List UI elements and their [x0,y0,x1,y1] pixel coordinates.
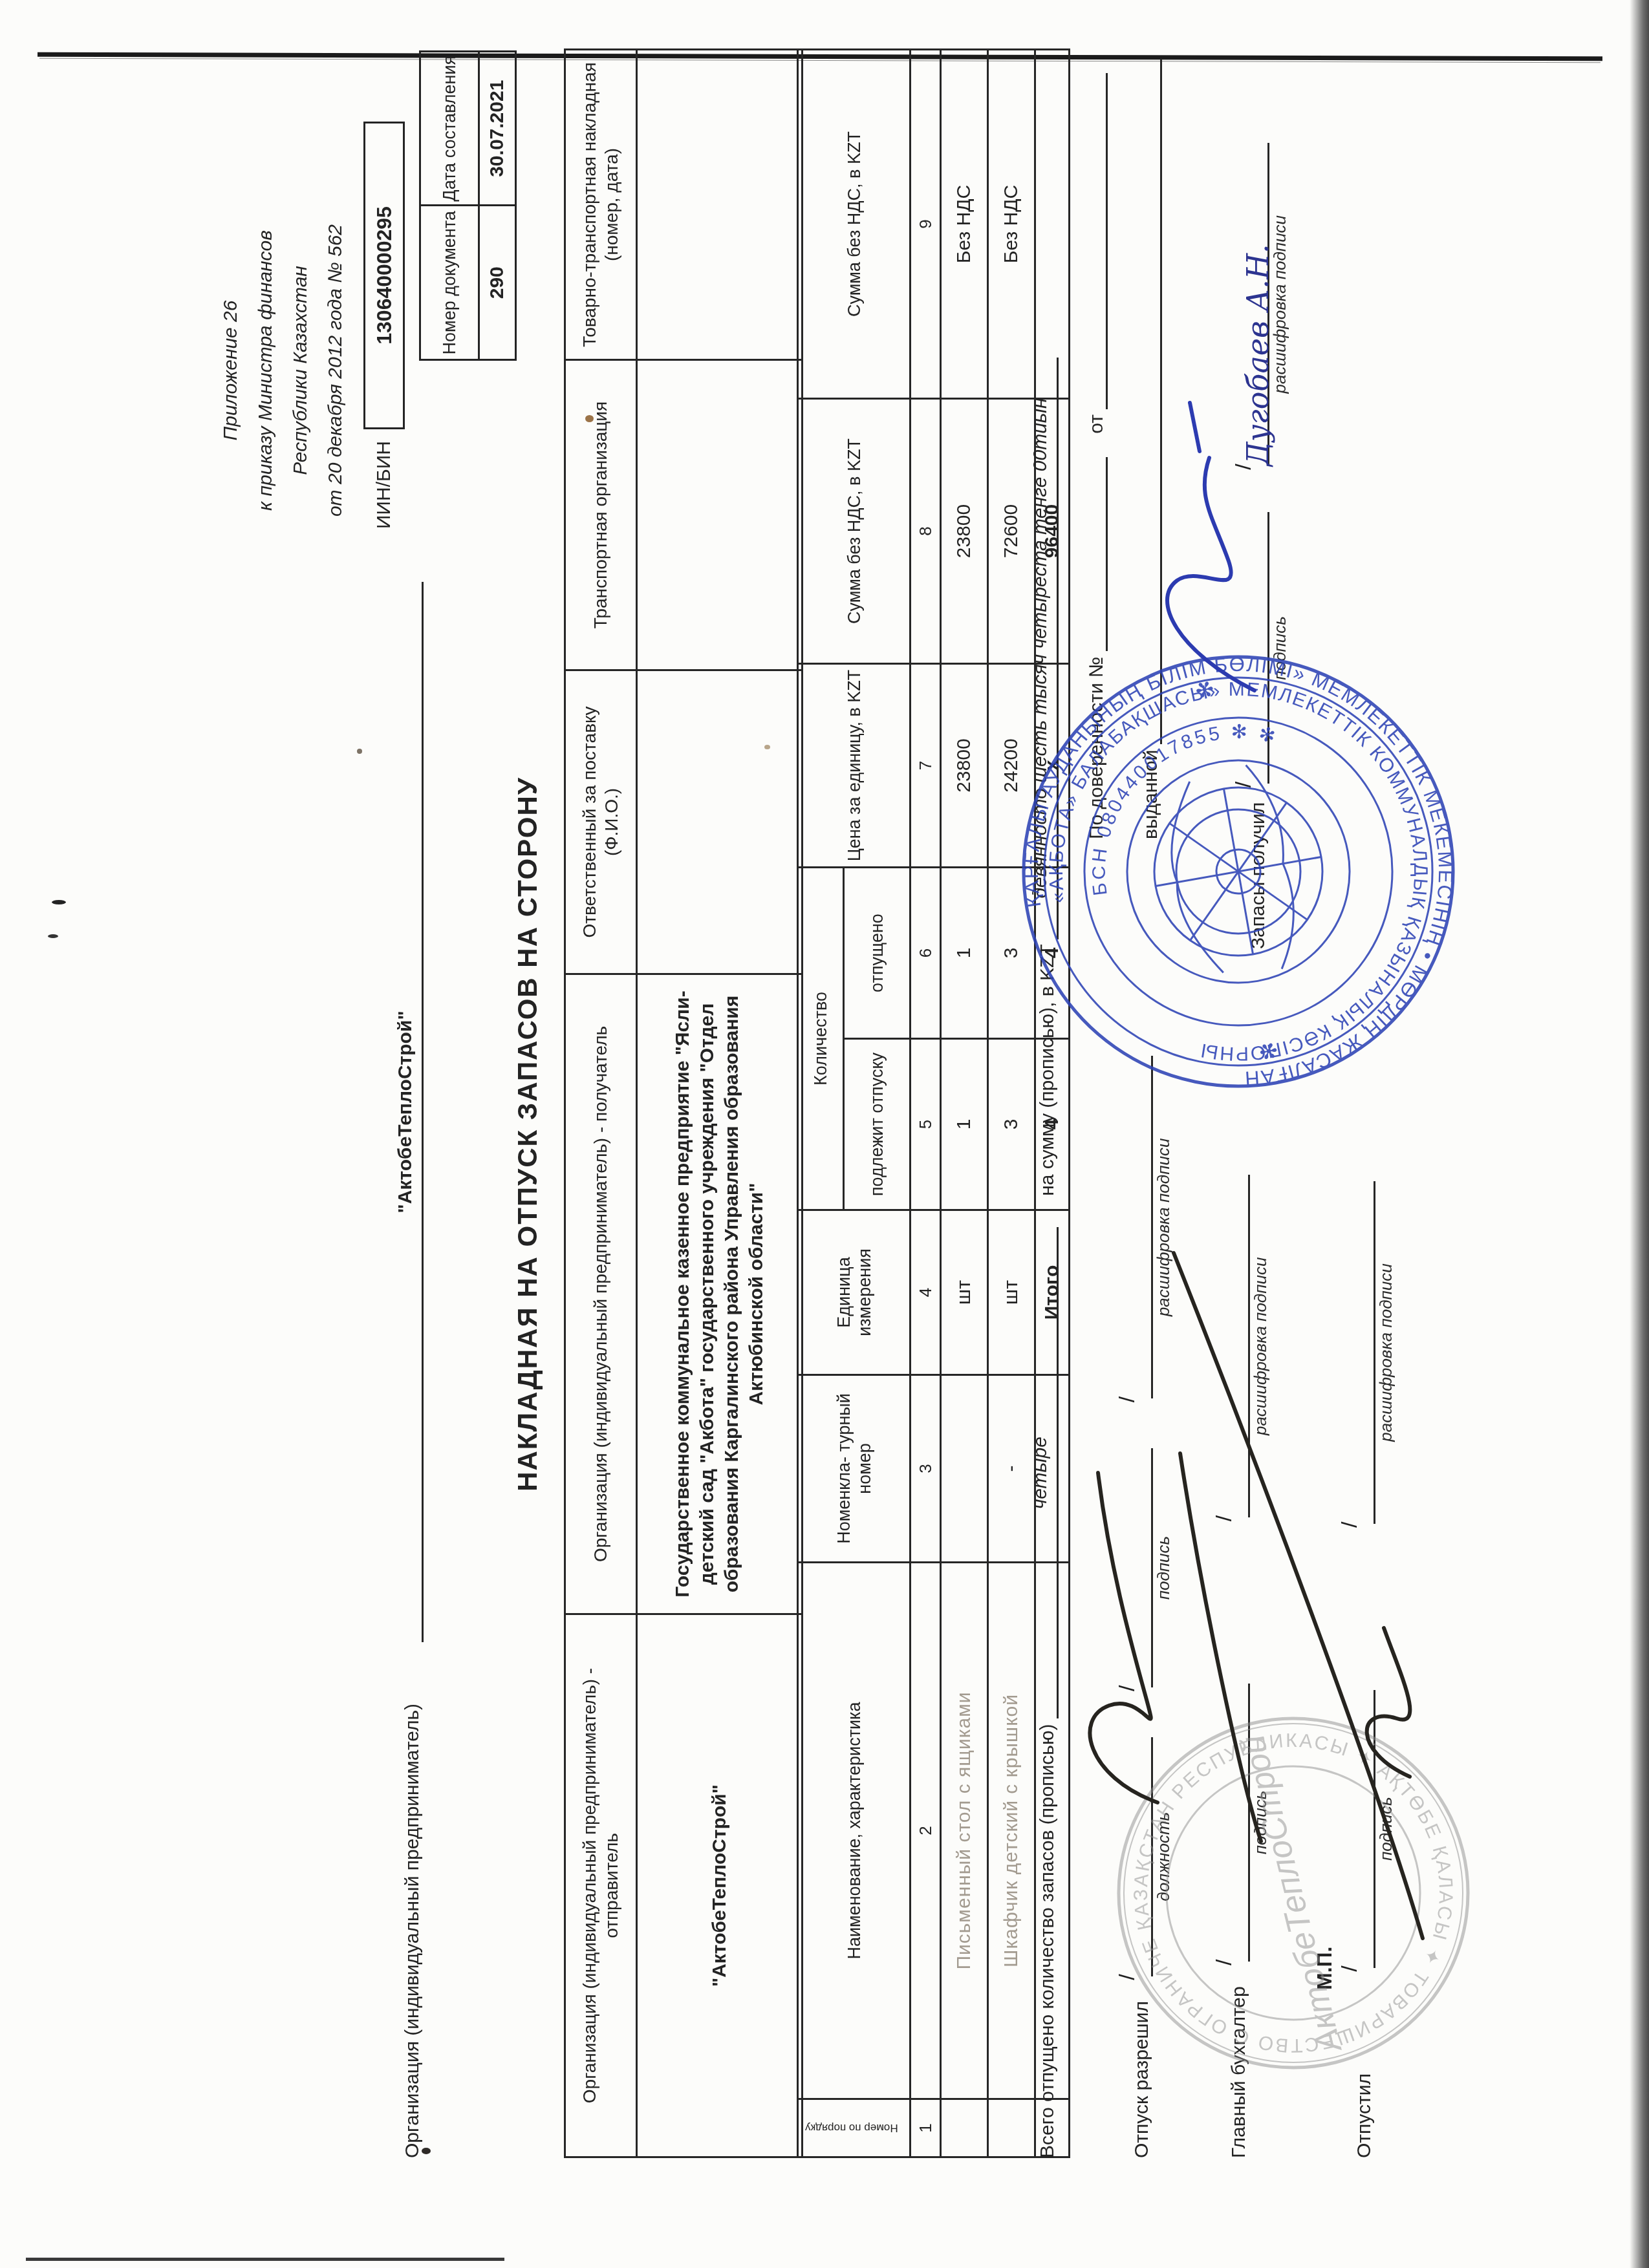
number-date-table: Номер документа Дата составления 290 30.… [419,50,517,361]
appendix-block: Приложение 26 к приказу Министра финансо… [213,50,353,690]
items-colnum-row: 1 2 3 4 5 6 7 8 9 [911,50,941,2157]
info-value-transport-org [637,360,803,670]
appendix-line: к приказу Министра финансов [248,50,283,690]
cell-price: 23800 [941,664,988,868]
org-label: Организация (индивидуальный предпринимат… [402,1704,423,2158]
cell-amount2: Без НДС [941,50,988,399]
scanned-invoice-page: Организация (индивидуальный предпринимат… [0,0,1649,2268]
cell-unit: шт [941,1210,988,1375]
col-header-name: Наименование, характеристика [798,1563,911,2099]
cell-item-name: Шкафчик детский с крышкой [988,1563,1035,2099]
info-table: Организация (индивидуальный предпринимат… [564,48,803,2158]
form-title: НАКЛАДНАЯ НА ОТПУСК ЗАПАСОВ НА СТОРОНУ [512,0,543,2268]
items-header-row: Номер по порядку Наименование, характери… [798,50,844,2157]
doc-number-header: Номер документа [420,206,479,360]
appendix-line: Республики Казахстан [283,50,318,690]
col-num: 6 [911,868,941,1039]
info-value-waybill [637,50,803,360]
info-header-sender: Организация (индивидуальный предпринимат… [565,1614,637,2157]
info-header-waybill: Товарно-транспортная накладная (номер, д… [565,50,637,360]
iin-bin-label: ИИН/БИН [373,441,395,529]
blank-line [1079,73,1108,409]
cell-row-number [988,2099,1035,2157]
item-row: Шкафчик детский с крышкой - шт 3 3 24200… [988,50,1035,2157]
info-value-row: "АктобеТеплоСтрой" Государственное комму… [637,50,803,2157]
cell-unit: шт [988,1210,1035,1375]
cell-nomenclature [941,1375,988,1563]
info-header-receiver: Организация (индивидуальный предпринимат… [565,974,637,1614]
doc-date-value: 30.07.2021 [479,52,516,206]
col-header-amount2: Сумма без НДС, в KZT [798,50,911,399]
org-value: "АктобеТеплоСтрой" [394,1011,416,1213]
blank-line [1079,457,1108,651]
info-value-receiver: Государственное коммунальное казенное пр… [637,974,803,1614]
col-num: 9 [911,50,941,399]
iin-bin-row: ИИН/БИН130640000295 [363,122,405,529]
signature-strokes-black [1048,1020,1461,2055]
info-header-transport-org: Транспортная организация [565,360,637,670]
col-header-nomenclature: Номенкла- турный номер [798,1375,911,1563]
info-value-sender: "АктобеТеплоСтрой" [637,1614,803,2157]
appendix-line: от 20 декабря 2012 года № 562 [318,50,353,690]
col-num: 5 [911,1039,941,1210]
cell-qty-released: 1 [941,868,988,1039]
signature-stroke-blue [1138,367,1280,729]
cell-row-number [941,2099,988,2157]
cell-amount: 72600 [988,399,1035,664]
col-num: 7 [911,664,941,868]
document-content-rotated: Организация (индивидуальный предпринимат… [0,0,1649,2268]
info-value-responsible [637,670,803,974]
col-header-quantity-group: Количество [798,868,844,1210]
attorney-ot-label: от [1086,414,1107,434]
col-header-unit: Единица измерения [798,1210,911,1375]
col-header-price: Цена за единицу, в KZT [798,664,911,868]
doc-number-value: 290 [479,206,516,360]
col-num: 8 [911,399,941,664]
col-header-amount: Сумма без НДС, в KZT [798,399,911,664]
col-num: 3 [911,1375,941,1563]
info-header-row: Организация (индивидуальный предпринимат… [565,50,637,2157]
cell-nomenclature: - [988,1375,1035,1563]
info-header-responsible: Ответственный за поставку (Ф.И.О.) [565,670,637,974]
cell-amount: 23800 [941,399,988,664]
col-num: 1 [911,2099,941,2157]
cell-item-name: Письменный стол с ящиками [941,1563,988,2099]
kazakhstan-emblem-icon [1137,755,1339,988]
cell-amount2: Без НДС [988,50,1035,399]
item-row: Письменный стол с ящиками шт 1 1 23800 2… [941,50,988,2157]
appendix-line: Приложение 26 [213,50,248,690]
col-num: 4 [911,1210,941,1375]
col-header-row-number: Номер по порядку [798,2099,911,2157]
col-num: 2 [911,1563,941,2099]
cell-qty-due: 1 [941,1039,988,1210]
col-header-qty-released: отпущено [844,868,911,1039]
iin-bin-value: 130640000295 [363,122,405,429]
col-header-qty-due: подлежит отпуску [844,1039,911,1210]
doc-date-header: Дата составления [420,52,479,206]
